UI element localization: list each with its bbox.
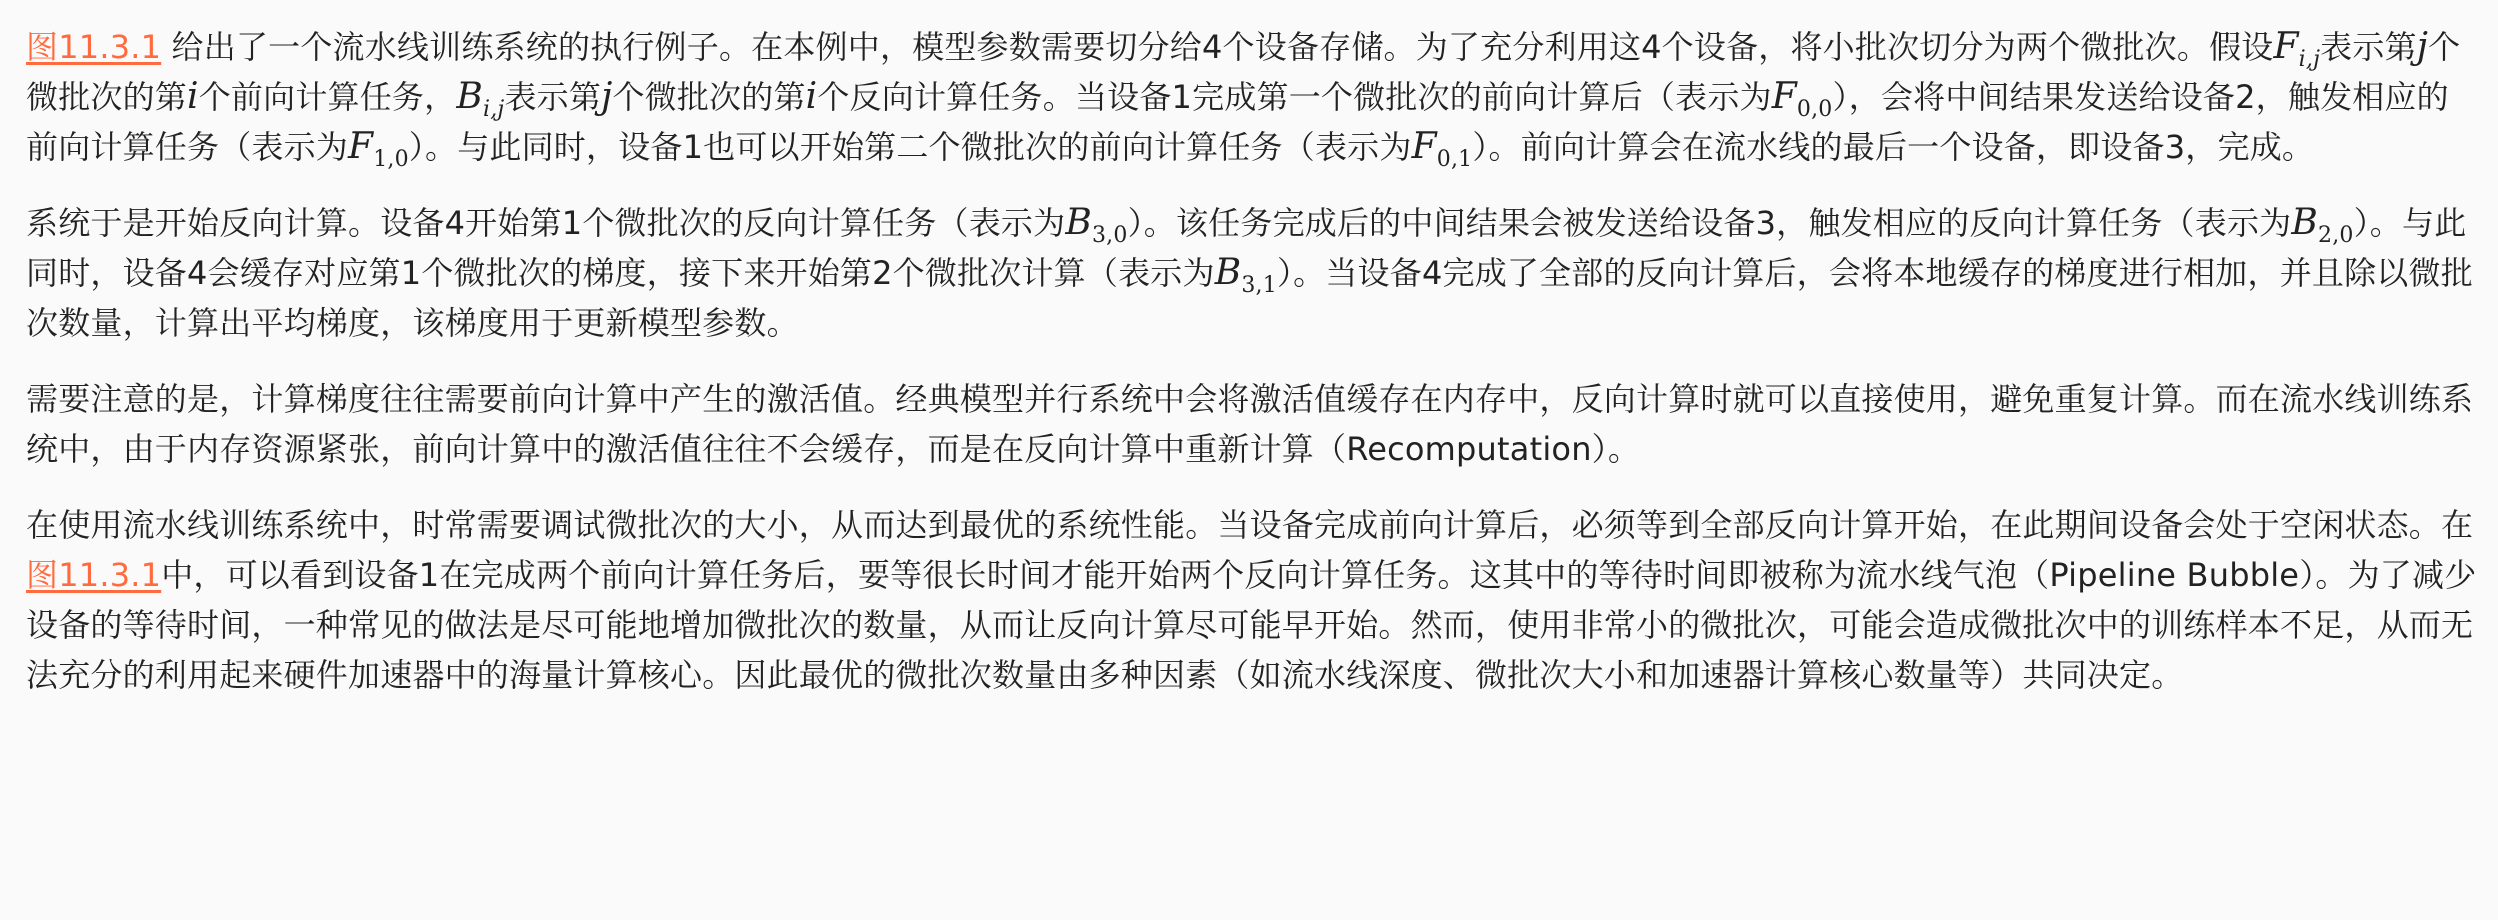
paragraph-pipeline-example: 图11.3.1 给出了一个流水线训练系统的执行例子。在本例中，模型参数需要切分给… [26,22,2478,172]
figure-link-11-3-1[interactable]: 图11.3.1 [26,28,161,66]
paragraph-backward-computation: 系统于是开始反向计算。设备4开始第1个微批次的反向计算任务（表示为B3,0）。该… [26,198,2478,348]
text-run: 个前向计算任务， [199,78,457,116]
math-i: i [187,76,199,117]
text-run: 给出了一个流水线训练系统的执行例子。在本例中，模型参数需要切分给4个设备存储。为… [161,28,2273,66]
math-B-20: B2,0 [2291,202,2353,243]
paragraph-recomputation: 需要注意的是，计算梯度往往需要前向计算中产生的激活值。经典模型并行系统中会将激活… [26,374,2478,474]
text-run: 系统于是开始反向计算。设备4开始第1个微批次的反向计算任务（表示为 [26,204,1065,242]
text-run: 个微批次的第 [612,78,805,116]
document-body: 图11.3.1 给出了一个流水线训练系统的执行例子。在本例中，模型参数需要切分给… [0,0,2498,700]
math-j: j [2417,26,2428,67]
math-F-ij: Fi,j [2273,26,2320,67]
math-F-01: F0,1 [1412,126,1473,167]
math-B-31: B3,1 [1215,252,1277,293]
text-run: 表示第 [2320,28,2417,66]
text-run: 表示第 [504,78,601,116]
text-run: 个反向计算任务。当设备1完成第一个微批次的前向计算后（表示为 [817,78,1771,116]
paragraph-pipeline-bubble: 在使用流水线训练系统中，时常需要调试微批次的大小，从而达到最优的系统性能。当设备… [26,500,2478,700]
text-run: ）。该任务完成后的中间结果会被发送给设备3，触发相应的反向计算任务（表示为 [1128,204,2292,242]
text-run: 在使用流水线训练系统中，时常需要调试微批次的大小，从而达到最优的系统性能。当设备… [26,506,2473,544]
text-run: 中，可以看到设备1在完成两个前向计算任务后，要等很长时间才能开始两个反向计算任务… [26,556,2476,694]
text-run: ）。前向计算会在流水线的最后一个设备，即设备3，完成。 [1472,128,2314,166]
math-F-10: F1,0 [348,126,409,167]
math-i: i [806,76,818,117]
math-B-ij: Bi,j [456,76,504,117]
math-j: j [601,76,612,117]
text-run: ）。与此同时，设备1也可以开始第二个微批次的前向计算任务（表示为 [409,128,1412,166]
math-B-30: B3,0 [1065,202,1127,243]
figure-link-11-3-1[interactable]: 图11.3.1 [26,556,161,594]
math-F-00: F0,0 [1772,76,1833,117]
